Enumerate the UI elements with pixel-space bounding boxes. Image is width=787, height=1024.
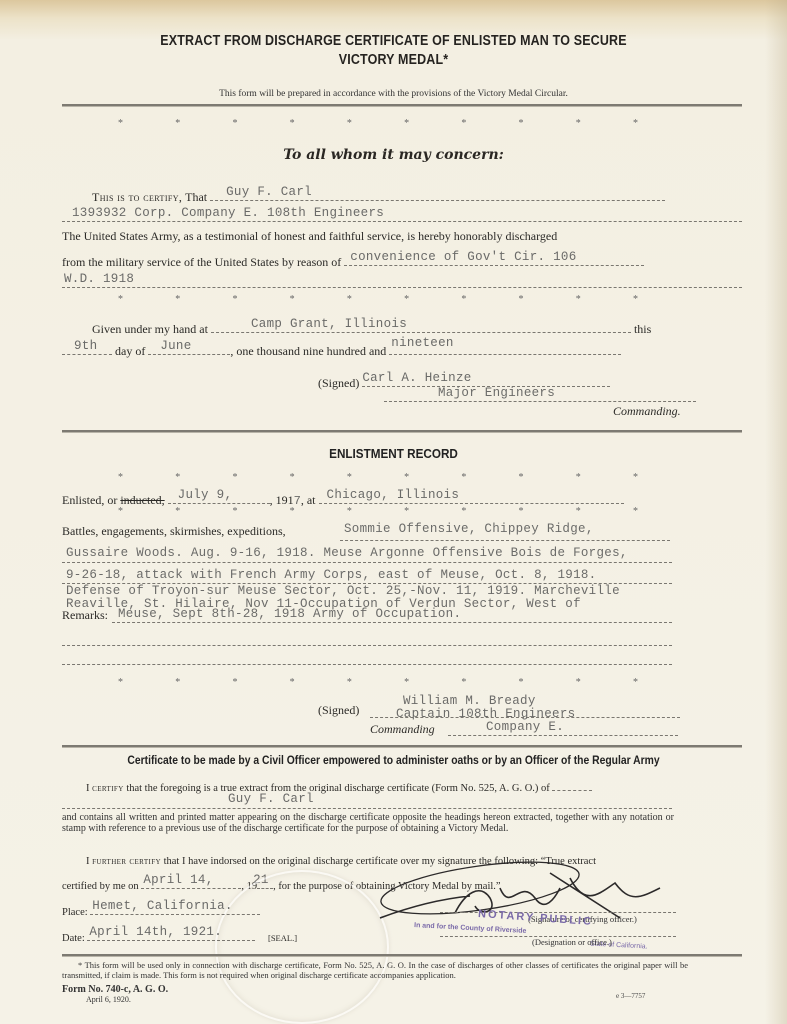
- battles-line-1: Sommie Offensive, Chippey Ridge,: [344, 522, 594, 536]
- form-date: April 6, 1920.: [86, 995, 131, 1004]
- discharge-certificate-page: EXTRACT FROM DISCHARGE CERTIFICATE OF EN…: [0, 0, 787, 1024]
- battles-label: Battles, engagements, skirmishes, expedi…: [62, 524, 286, 539]
- given-month-field: June: [148, 340, 230, 355]
- reason-continued-line: W.D. 1918: [62, 273, 742, 292]
- given-place-field: Camp Grant, Illinois: [211, 318, 631, 333]
- place-line: Place: Hemet, California.: [62, 902, 260, 918]
- given-date-line: 9th day of June, one thousand nine hundr…: [62, 340, 621, 359]
- star-divider: **********: [118, 677, 638, 688]
- given-day-field: 9th: [62, 340, 112, 355]
- section-rule: [62, 430, 742, 433]
- header-rule: [62, 104, 742, 107]
- place-field: Hemet, California.: [90, 902, 260, 915]
- enlistment-date-field: July 9,: [168, 489, 270, 504]
- enlistment-place-field: Chicago, Illinois: [319, 489, 624, 504]
- remarks-label: Remarks:: [62, 608, 108, 623]
- form-number: Form No. 740-c, A. G. O.: [62, 984, 168, 995]
- commanding-officer-signature: Carl A. Heinze: [362, 372, 610, 387]
- civil-name-rule: [62, 808, 672, 809]
- date-line: Date: April 14th, 1921. [SEAL.]: [62, 928, 297, 944]
- document-subtitle: This form will be prepared in accordance…: [0, 89, 787, 99]
- civil-soldier-name: Guy F. Carl: [228, 792, 314, 806]
- commanding-officer-rank: Major Engineers: [438, 386, 555, 400]
- given-under-line: Given under my hand at Camp Grant, Illin…: [92, 318, 651, 337]
- battles-line-4: Defense of Troyon-sur Meuse Sector, Oct.…: [66, 584, 620, 598]
- battles-rule-1: [340, 540, 670, 541]
- company-officer-rank: Captain 108th Engineers: [396, 707, 575, 721]
- company-designation: Company E.: [486, 720, 564, 734]
- document-title-line2: VICTORY MEDAL*: [55, 52, 732, 68]
- footnote: * This form will be used only in connect…: [62, 960, 688, 980]
- soldier-name-field: Guy F. Carl: [210, 186, 665, 201]
- discharge-reason-field-2: W.D. 1918: [62, 273, 742, 288]
- star-divider: **********: [118, 294, 638, 305]
- civil-of-field: [552, 780, 592, 791]
- enlistment-record-heading: ENLISTMENT RECORD: [39, 446, 747, 461]
- civil-certify-line: I certify that the foregoing is a true e…: [86, 780, 592, 794]
- rank-rule: [384, 401, 696, 402]
- salutation: To all whom it may concern:: [0, 147, 787, 163]
- enlistment-commanding-label: Commanding: [370, 722, 435, 737]
- remarks-rule-3: [62, 664, 672, 665]
- battles-line-3: 9-26-18, attack with French Army Corps, …: [66, 568, 596, 582]
- battles-rule-2: [62, 562, 672, 563]
- certify-body-line1: The United States Army, as a testimonial…: [62, 229, 557, 244]
- battles-line-6: Meuse, Sept 8th-28, 1918 Army of Occupat…: [118, 607, 461, 621]
- company-rule: [448, 735, 678, 736]
- remarks-rule-2: [62, 645, 672, 646]
- seal-label: [SEAL.]: [268, 933, 297, 943]
- print-code: e 3—7757: [616, 992, 645, 1000]
- footer-rule: [62, 954, 742, 957]
- company-officer-signature: William M. Bready: [403, 694, 536, 708]
- certified-date-field: April 14,: [141, 876, 241, 889]
- section-rule: [62, 745, 742, 748]
- civil-officer-heading: Certificate to be made by a Civil Office…: [39, 755, 747, 767]
- designation-caption: (Designation or office.): [532, 937, 612, 947]
- star-divider: **********: [118, 506, 638, 517]
- certify-body-line2: from the military service of the United …: [62, 251, 644, 270]
- remarks-rule-1: [112, 622, 672, 623]
- discharge-reason-field: convenience of Gov't Cir. 106: [344, 251, 644, 266]
- commanding-label: Commanding.: [613, 404, 681, 419]
- civil-paragraph: and contains all written and printed mat…: [62, 812, 674, 834]
- battles-line-2: Gussaire Woods. Aug. 9-16, 1918. Meuse A…: [66, 546, 628, 560]
- certify-line: This is to certify, That Guy F. Carl: [92, 186, 665, 205]
- star-divider: **********: [118, 472, 638, 483]
- star-divider: **********: [118, 118, 638, 129]
- date-field: April 14th, 1921.: [87, 928, 255, 941]
- given-year-field: nineteen: [389, 340, 621, 355]
- unit-line: 1393932 Corp. Company E. 108th Engineers: [62, 207, 742, 226]
- enlistment-signed-label: (Signed): [318, 703, 359, 718]
- document-title-line1: EXTRACT FROM DISCHARGE CERTIFICATE OF EN…: [55, 33, 732, 49]
- soldier-unit-field: 1393932 Corp. Company E. 108th Engineers: [62, 207, 742, 222]
